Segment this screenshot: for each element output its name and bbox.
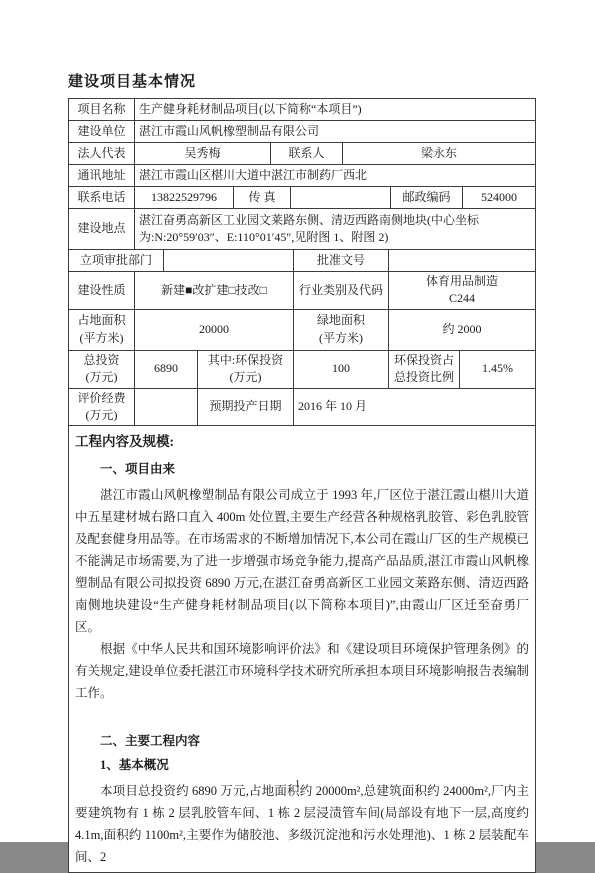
row-nature: 建设性质 新建■改扩建□技改□ 行业类别及代码 体育用品制造 C244 <box>69 272 535 310</box>
site-value: 湛江奋勇高新区工业园文莱路东侧、清迈西路南侧地块(中心坐标为:N:20°59′0… <box>135 209 535 249</box>
industry-value: 体育用品制造 C244 <box>389 272 535 309</box>
project-name-value: 生产健身耗材制品项目(以下简称“本项目”) <box>135 99 535 120</box>
section2-title: 二、主要工程内容 <box>75 732 529 750</box>
site-label: 建设地点 <box>69 209 135 249</box>
fax-label: 传 真 <box>234 187 291 208</box>
paragraph-origin-1: 湛江市霞山风帆橡塑制品有限公司成立于 1993 年,厂区位于湛江霞山椹川大道中五… <box>75 484 529 638</box>
legal-rep-label: 法人代表 <box>69 143 135 164</box>
approval-dept-label: 立项审批部门 <box>69 250 164 271</box>
row-construction-unit: 建设单位 湛江市霞山风帆橡塑制品有限公司 <box>69 121 535 143</box>
total-investment-label: 总投资 (万元) <box>69 351 135 388</box>
section1-title: 一、项目由来 <box>75 460 529 478</box>
postcode-value: 524000 <box>463 187 535 208</box>
row-address: 通讯地址 湛江市霞山区椹川大道中湛江市制药厂西北 <box>69 165 535 187</box>
eval-fee-label: 评价经费 (万元) <box>69 389 135 426</box>
contact-person-value: 梁永东 <box>343 143 535 164</box>
basic-info-table: 项目名称 生产健身耗材制品项目(以下简称“本项目”) 建设单位 湛江市霞山风帆橡… <box>68 98 536 873</box>
production-date-label: 预期投产日期 <box>198 389 294 426</box>
row-eval-fee: 评价经费 (万元) 预期投产日期 2016 年 10 月 <box>69 389 535 427</box>
document-page: 建设项目基本情况 项目名称 生产健身耗材制品项目(以下简称“本项目”) 建设单位… <box>0 0 595 842</box>
land-area-value: 20000 <box>135 310 294 350</box>
env-ratio-value: 1.45% <box>460 351 535 388</box>
page-number: 1 <box>0 778 595 790</box>
green-area-value: 约 2000 <box>389 310 535 350</box>
project-content-cell: 工程内容及规模: 一、项目由来 湛江市霞山风帆橡塑制品有限公司成立于 1993 … <box>69 426 535 872</box>
row-project-content: 工程内容及规模: 一、项目由来 湛江市霞山风帆橡塑制品有限公司成立于 1993 … <box>69 426 535 872</box>
row-investment: 总投资 (万元) 6890 其中:环保投资(万元) 100 环保投资占总投资比例… <box>69 351 535 389</box>
approval-no-value <box>389 250 535 271</box>
nature-label: 建设性质 <box>69 272 135 309</box>
postcode-label: 邮政编码 <box>391 187 463 208</box>
row-legal-rep: 法人代表 吴秀梅 联系人 梁永东 <box>69 143 535 165</box>
page-title: 建设项目基本情况 <box>68 70 196 91</box>
production-date-value: 2016 年 10 月 <box>294 389 535 426</box>
approval-no-label: 批准文号 <box>294 250 389 271</box>
env-investment-value: 100 <box>294 351 389 388</box>
env-ratio-label: 环保投资占总投资比例 <box>389 351 460 388</box>
env-investment-label: 其中:环保投资(万元) <box>198 351 294 388</box>
construction-unit-value: 湛江市霞山风帆橡塑制品有限公司 <box>135 121 535 142</box>
address-value: 湛江市霞山区椹川大道中湛江市制药厂西北 <box>135 165 535 186</box>
industry-label: 行业类别及代码 <box>294 272 389 309</box>
row-approval: 立项审批部门 批准文号 <box>69 250 535 272</box>
subsection1-title: 1、基本概况 <box>75 756 529 774</box>
legal-rep-value: 吴秀梅 <box>135 143 271 164</box>
nature-checkboxes: 新建■改扩建□技改□ <box>135 272 294 309</box>
total-investment-value: 6890 <box>135 351 198 388</box>
paragraph-spacer <box>75 704 529 726</box>
phone-value: 13822529796 <box>135 187 234 208</box>
row-phone: 联系电话 13822529796 传 真 邮政编码 524000 <box>69 187 535 209</box>
construction-unit-label: 建设单位 <box>69 121 135 142</box>
green-area-label: 绿地面积 (平方米) <box>294 310 389 350</box>
paragraph-origin-2: 根据《中华人民共和国环境影响评价法》和《建设项目环境保护管理条例》的有关规定,建… <box>75 638 529 704</box>
eval-fee-value <box>135 389 198 426</box>
land-area-label: 占地面积 (平方米) <box>69 310 135 350</box>
fax-value <box>291 187 391 208</box>
row-area: 占地面积 (平方米) 20000 绿地面积 (平方米) 约 2000 <box>69 310 535 351</box>
address-label: 通讯地址 <box>69 165 135 186</box>
row-project-name: 项目名称 生产健身耗材制品项目(以下简称“本项目”) <box>69 99 535 121</box>
content-heading: 工程内容及规模: <box>75 432 529 452</box>
contact-person-label: 联系人 <box>271 143 343 164</box>
paragraph-overview: 本项目总投资约 6890 万元,占地面积约 20000m²,总建筑面积约 240… <box>75 780 529 868</box>
approval-dept-value <box>164 250 294 271</box>
phone-label: 联系电话 <box>69 187 135 208</box>
project-name-label: 项目名称 <box>69 99 135 120</box>
row-site: 建设地点 湛江奋勇高新区工业园文莱路东侧、清迈西路南侧地块(中心坐标为:N:20… <box>69 209 535 250</box>
